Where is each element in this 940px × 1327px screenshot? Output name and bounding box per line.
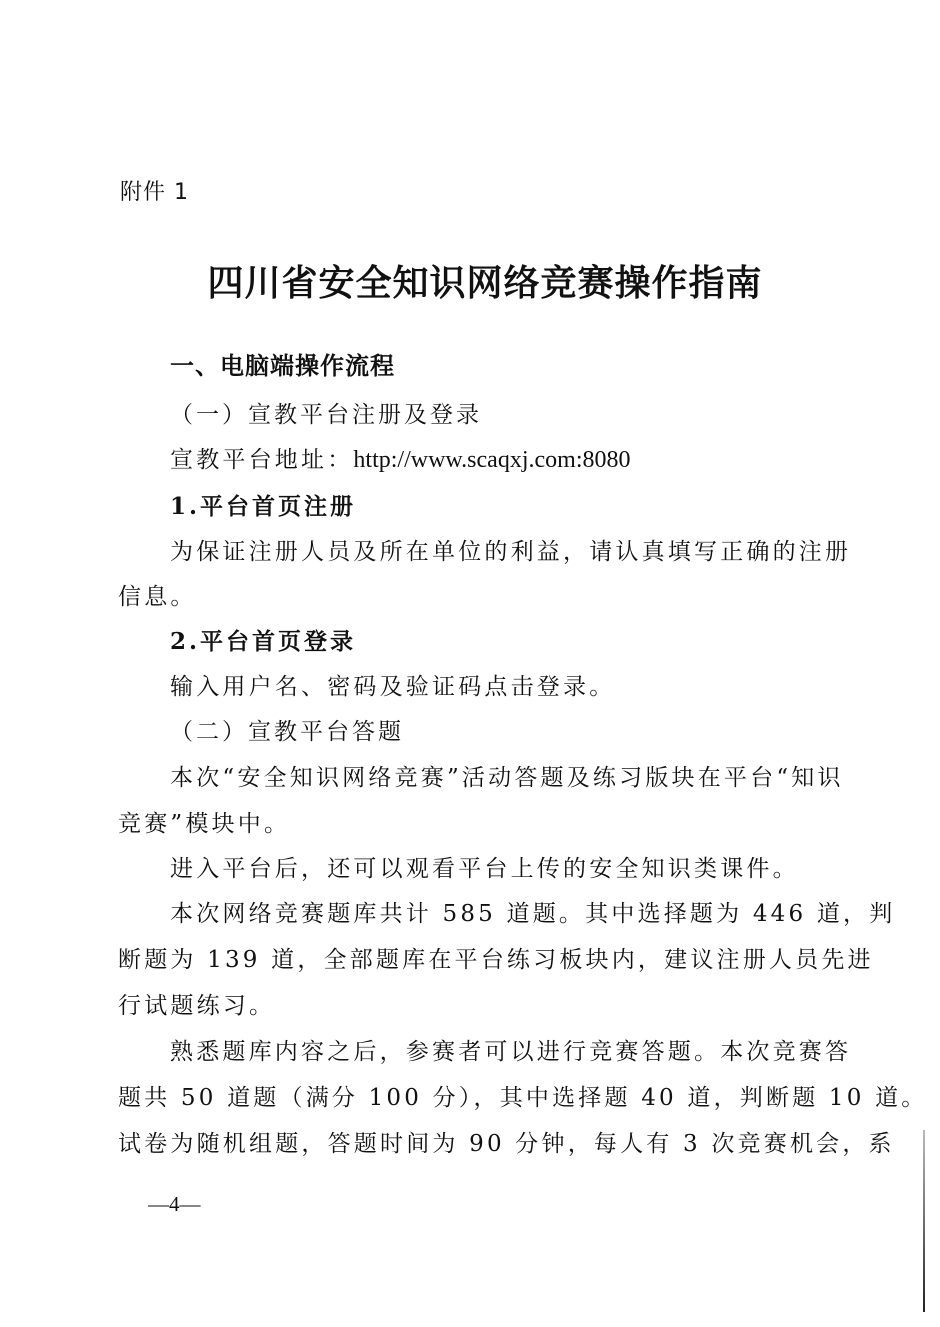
- subsection-heading-answering: （二）宣教平台答题: [170, 716, 830, 748]
- paragraph-question-bank-line-3: 行试题练习。: [118, 990, 828, 1022]
- paragraph-login: 输入用户名、密码及验证码点击登录。: [170, 671, 830, 703]
- platform-address-link[interactable]: http://www.scaqxj.com:8080: [353, 447, 630, 473]
- section-heading-pc-workflow: 一、电脑端操作流程: [170, 350, 830, 382]
- paragraph-question-bank-line-1: 本次网络竞赛题库共计 585 道题。其中选择题为 446 道，判: [170, 898, 830, 930]
- page-number: —4—: [148, 1192, 201, 1217]
- scan-artifact-line: [923, 1130, 925, 1312]
- paragraph-register-line-1: 为保证注册人员及所在单位的利益，请认真填写正确的注册: [170, 536, 830, 568]
- attachment-label: 附件 1: [120, 175, 189, 206]
- paragraph-competition-line-1: 熟悉题库内容之后，参赛者可以进行竞赛答题。本次竞赛答: [170, 1036, 830, 1068]
- subsection-heading-registration: （一）宣教平台注册及登录: [170, 399, 830, 431]
- item-heading-register: 1.平台首页注册: [170, 491, 830, 523]
- document-page: 附件 1 四川省安全知识网络竞赛操作指南 一、电脑端操作流程 （一）宣教平台注册…: [0, 0, 940, 1327]
- platform-address-label: 宣教平台地址：: [170, 447, 353, 473]
- paragraph-register-line-2: 信息。: [118, 581, 828, 613]
- item-heading-login: 2.平台首页登录: [170, 626, 830, 658]
- paragraph-courseware: 进入平台后，还可以观看平台上传的安全知识类课件。: [170, 853, 830, 885]
- paragraph-question-bank-line-2: 断题为 139 道，全部题库在平台练习板块内，建议注册人员先进: [118, 944, 828, 976]
- paragraph-module-line-2: 竞赛”模块中。: [118, 808, 828, 840]
- paragraph-module-line-1: 本次“安全知识网络竞赛”活动答题及练习版块在平台“知识: [170, 762, 830, 794]
- paragraph-competition-line-2: 题共 50 道题（满分 100 分），其中选择题 40 道，判断题 10 道。: [118, 1082, 828, 1114]
- platform-address: 宣教平台地址：http://www.scaqxj.com:8080: [170, 444, 830, 476]
- paragraph-competition-line-3: 试卷为随机组题，答题时间为 90 分钟，每人有 3 次竞赛机会，系: [118, 1128, 828, 1160]
- document-title: 四川省安全知识网络竞赛操作指南: [0, 255, 940, 306]
